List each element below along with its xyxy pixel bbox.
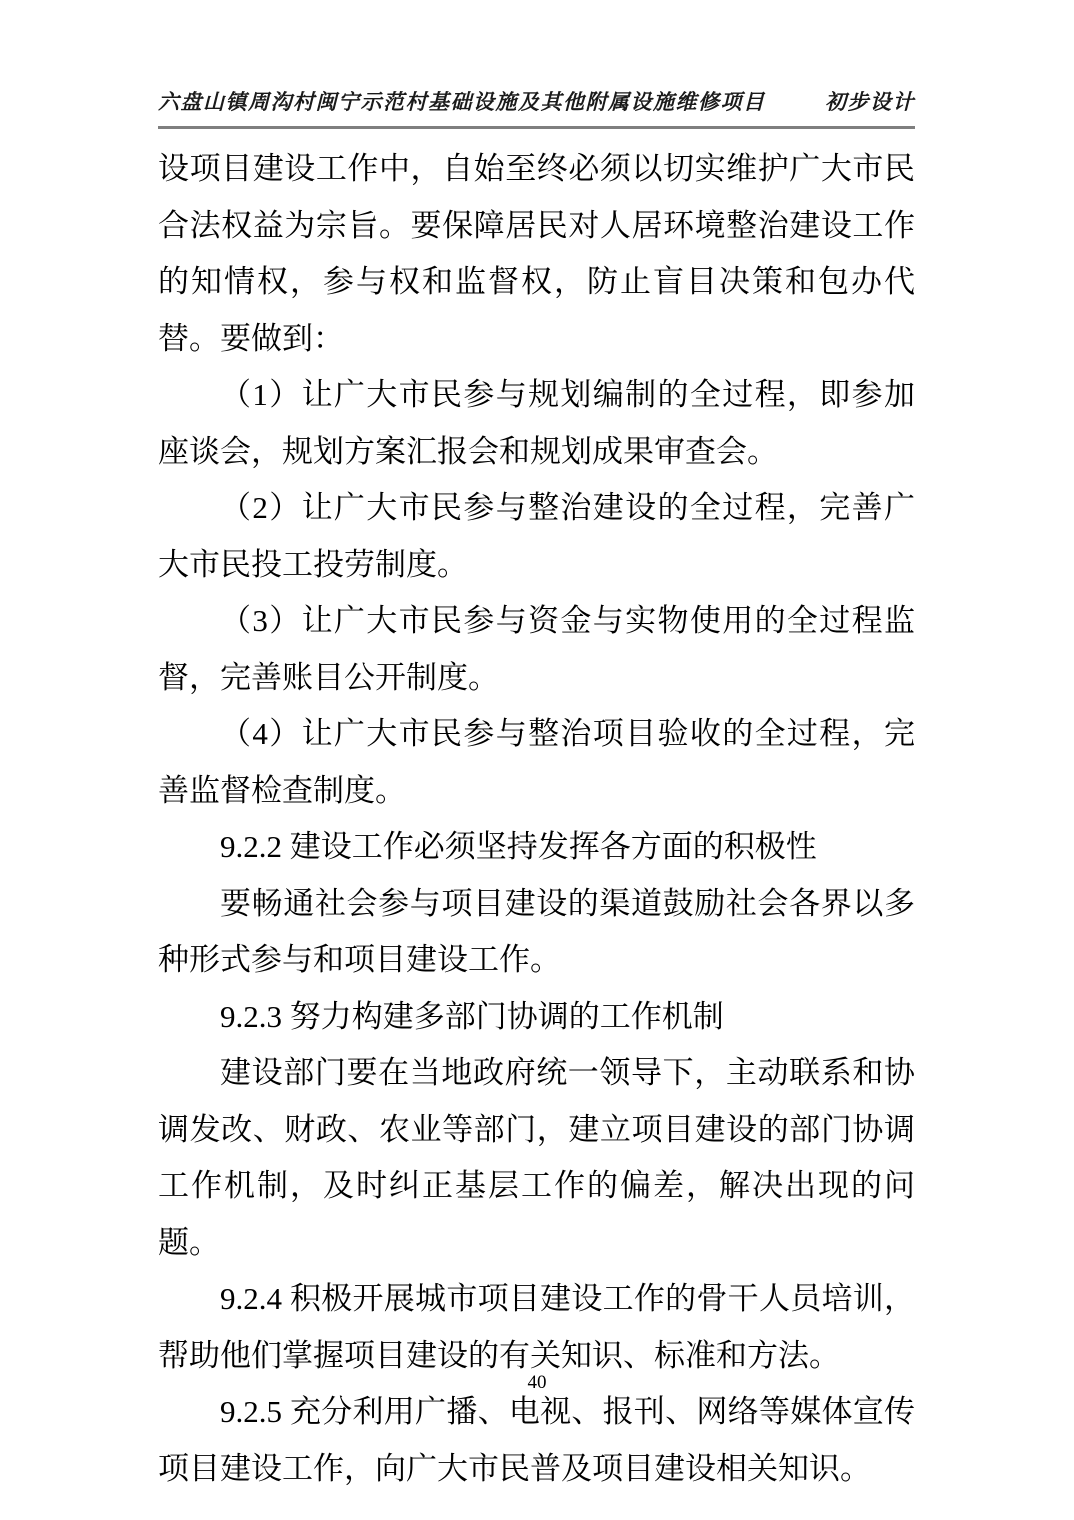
section-heading-9-2-3: 9.2.3 努力构建多部门协调的工作机制 [158,989,915,1046]
page-number: 40 [528,1372,547,1393]
list-item-2: （2）让广大市民参与整治建设的全过程，完善广大市民投工投劳制度。 [158,480,915,593]
header-project-title: 六盘山镇周沟村闽宁示范村基础设施及其他附属设施维修项目 [158,86,766,116]
paragraph: 设项目建设工作中，自始至终必须以切实维护广大市民合法权益为宗旨。要保障居民对人居… [158,141,915,367]
paragraph: 要畅通社会参与项目建设的渠道鼓励社会各界以多种形式参与和项目建设工作。 [158,876,915,989]
document-page: 六盘山镇周沟村闽宁示范村基础设施及其他附属设施维修项目 初步设计 设项目建设工作… [0,0,1074,1520]
header-divider-line [158,126,915,129]
section-heading-9-2-2: 9.2.2 建设工作必须坚持发挥各方面的积极性 [158,819,915,876]
section-heading-9-2-5: 9.2.5 充分利用广播、电视、报刊、网络等媒体宣传项目建设工作，向广大市民普及… [158,1384,915,1497]
page-header: 六盘山镇周沟村闽宁示范村基础设施及其他附属设施维修项目 初步设计 [158,86,915,116]
section-heading-9-2-4: 9.2.4 积极开展城市项目建设工作的骨干人员培训，帮助他们掌握项目建设的有关知… [158,1271,915,1384]
header-doc-type: 初步设计 [825,86,915,116]
list-item-4: （4）让广大市民参与整治项目验收的全过程，完善监督检查制度。 [158,706,915,819]
page-footer: 40 [0,1372,1074,1394]
document-body: 设项目建设工作中，自始至终必须以切实维护广大市民合法权益为宗旨。要保障居民对人居… [158,141,915,1497]
list-item-3: （3）让广大市民参与资金与实物使用的全过程监督，完善账目公开制度。 [158,593,915,706]
list-item-1: （1）让广大市民参与规划编制的全过程，即参加座谈会，规划方案汇报会和规划成果审查… [158,367,915,480]
paragraph: 建设部门要在当地政府统一领导下，主动联系和协调发改、财政、农业等部门，建立项目建… [158,1045,915,1271]
